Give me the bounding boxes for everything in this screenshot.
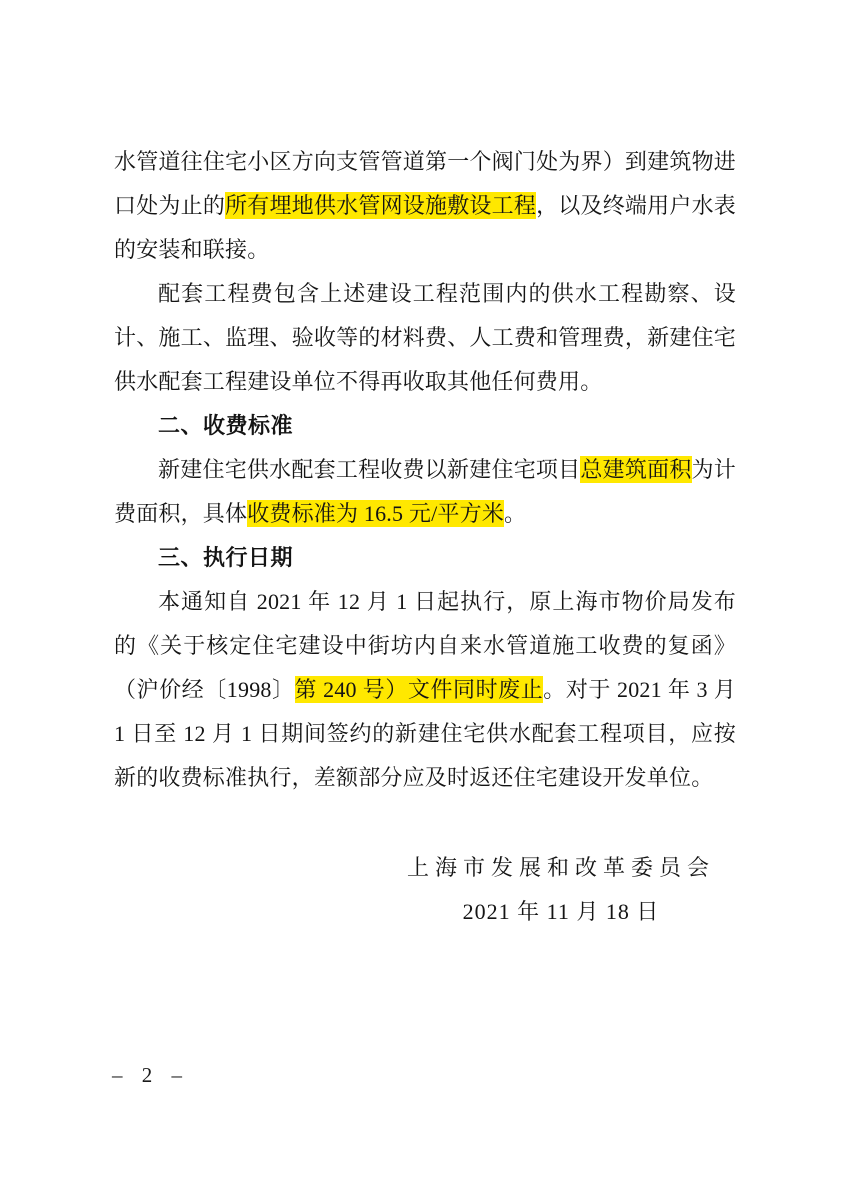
paragraph-pipeline-scope: 水管道往住宅小区方向支管管道第一个阀门处为界）到建筑物进口处为止的所有埋地供水管… bbox=[114, 140, 736, 272]
document-page: 水管道往住宅小区方向支管管道第一个阀门处为界）到建筑物进口处为止的所有埋地供水管… bbox=[0, 0, 849, 1200]
signature-date: 2021 年 11 月 18 日 bbox=[386, 890, 736, 934]
paragraph-fee-standard: 新建住宅供水配套工程收费以新建住宅项目总建筑面积为计费面积，具体收费标准为 16… bbox=[114, 448, 736, 536]
highlighted-text: 第 240 号）文件同时废止 bbox=[295, 676, 544, 703]
body-text: 新建住宅供水配套工程收费以新建住宅项目 bbox=[158, 457, 580, 482]
section-heading-fee-standard: 二、收费标准 bbox=[114, 404, 736, 448]
highlighted-text: 所有埋地供水管网设施敷设工程 bbox=[225, 192, 536, 219]
page-number: – 2 – bbox=[112, 1063, 189, 1088]
highlighted-text: 总建筑面积 bbox=[580, 456, 691, 483]
paragraph-effective-date: 本通知自 2021 年 12 月 1 日起执行，原上海市物价局发布的《关于核定住… bbox=[114, 580, 736, 800]
body-text: 。 bbox=[504, 501, 526, 526]
signature-block: 上海市发展和改革委员会 2021 年 11 月 18 日 bbox=[386, 846, 736, 934]
highlighted-text: 收费标准为 16.5 元/平方米 bbox=[247, 500, 504, 527]
signature-organization: 上海市发展和改革委员会 bbox=[386, 846, 736, 890]
paragraph-fee-contents: 配套工程费包含上述建设工程范围内的供水工程勘察、设计、施工、监理、验收等的材料费… bbox=[114, 272, 736, 404]
document-body: 水管道往住宅小区方向支管管道第一个阀门处为界）到建筑物进口处为止的所有埋地供水管… bbox=[114, 140, 736, 934]
section-heading-effective-date: 三、执行日期 bbox=[114, 536, 736, 580]
body-text: 配套工程费包含上述建设工程范围内的供水工程勘察、设计、施工、监理、验收等的材料费… bbox=[114, 281, 736, 394]
